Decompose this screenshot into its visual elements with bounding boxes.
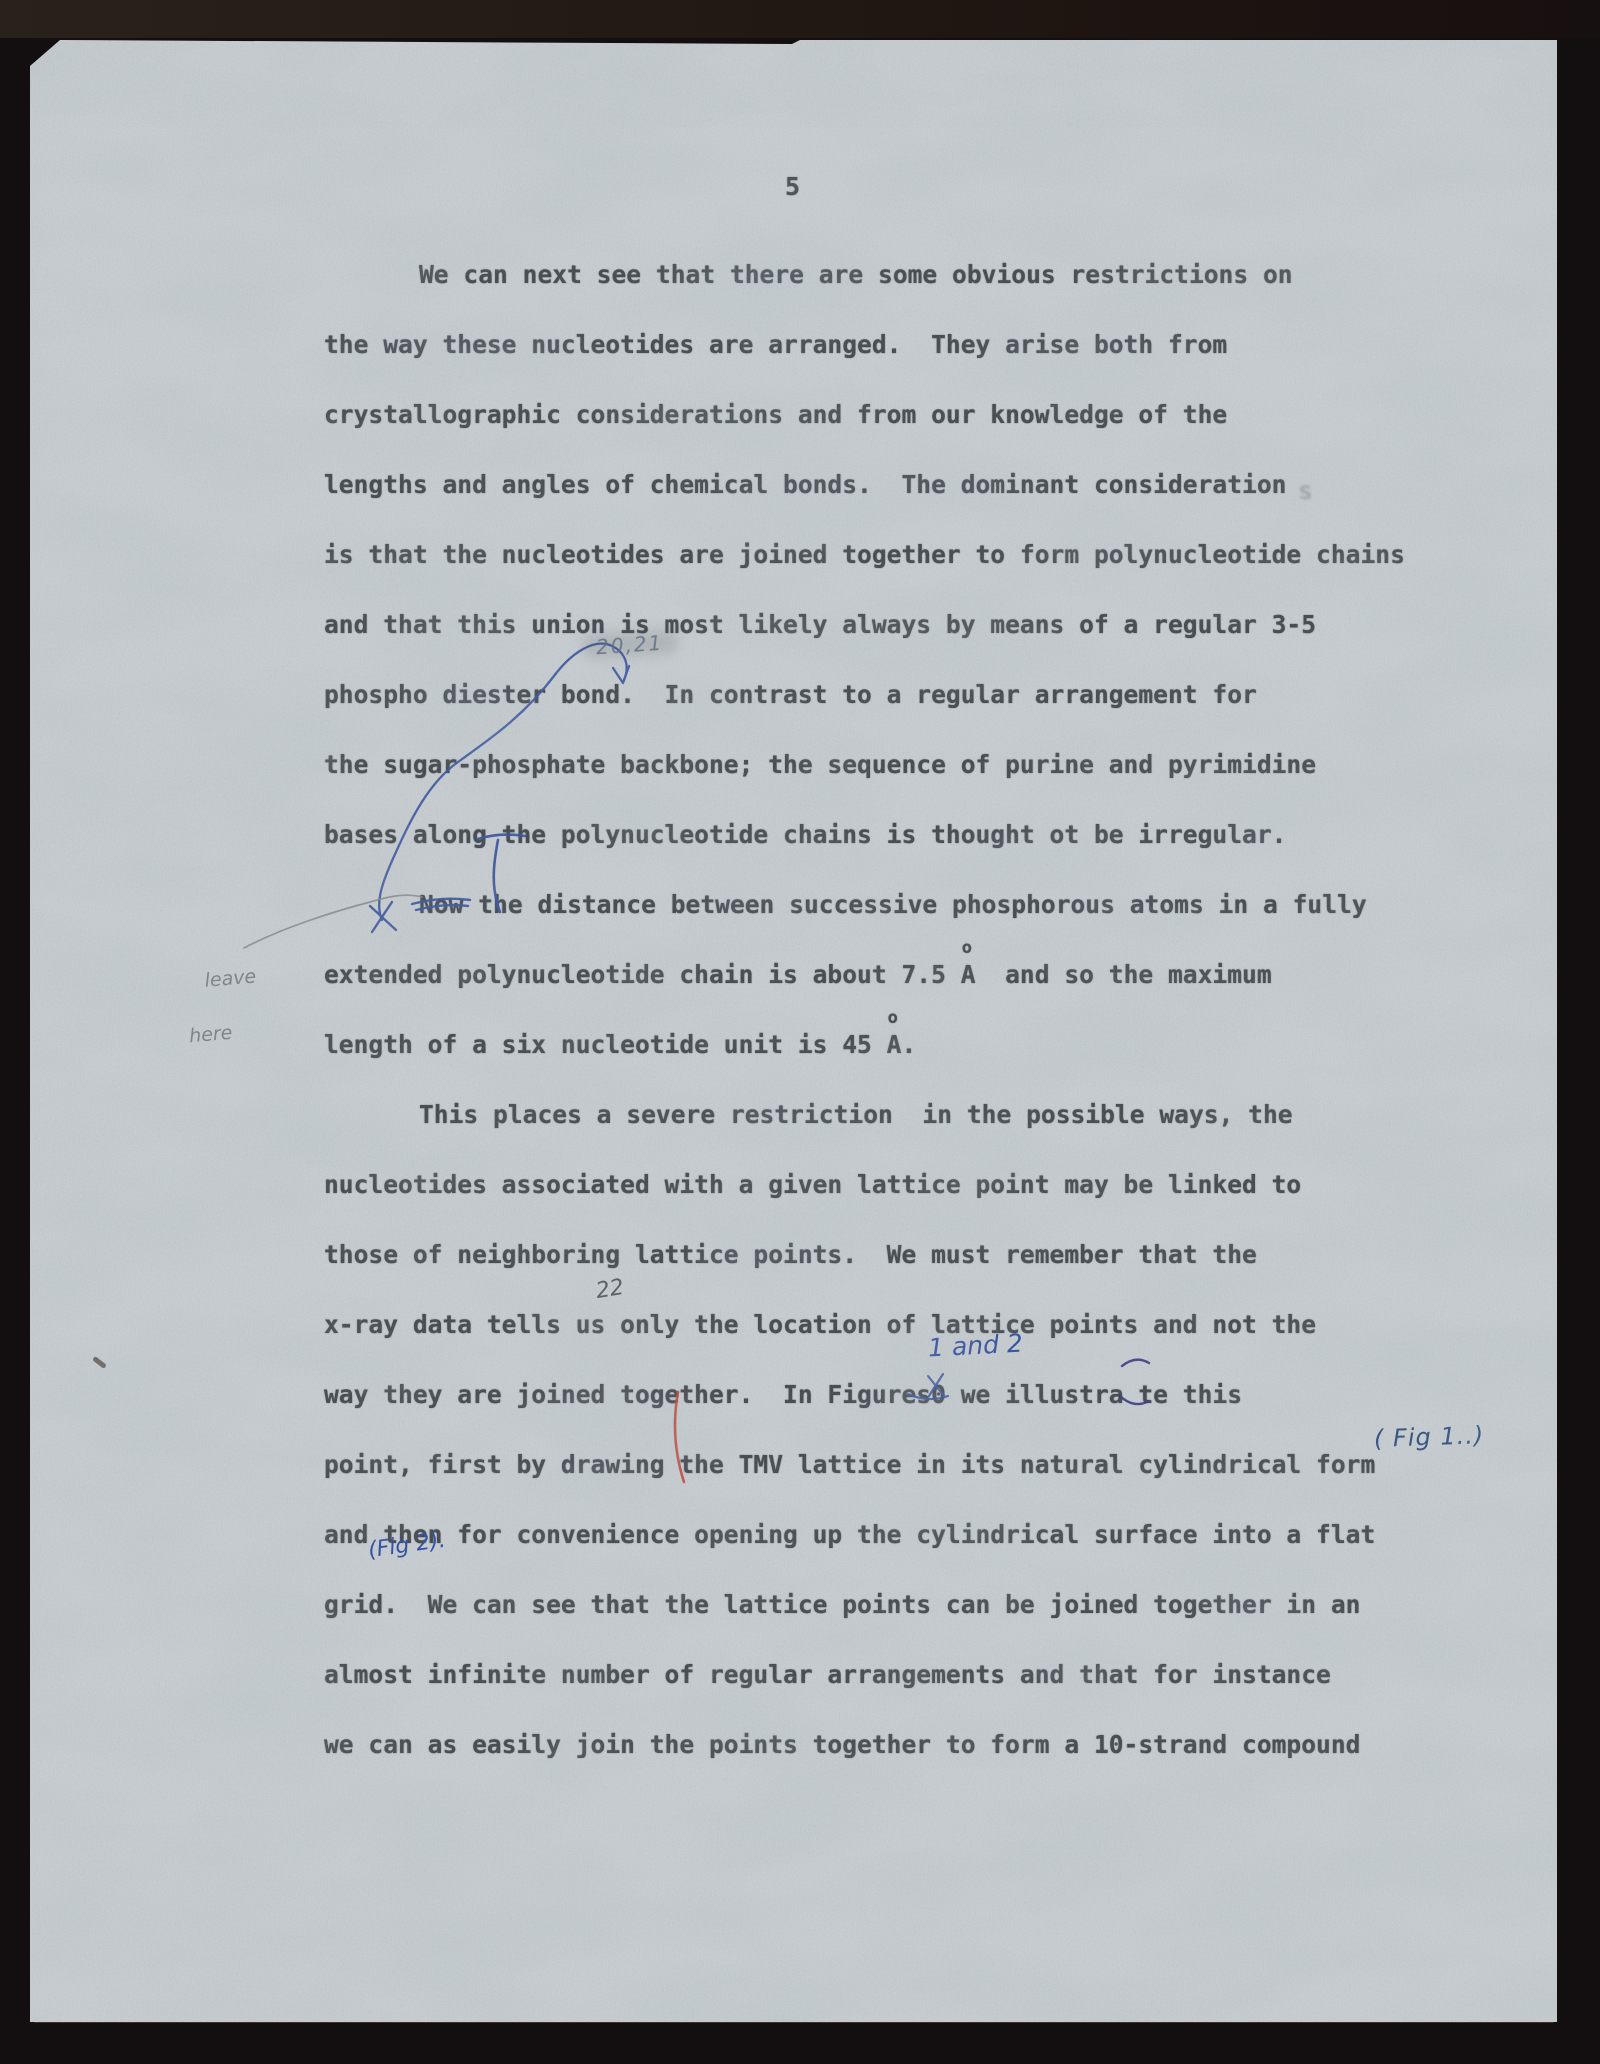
typed-line: grid. We can see that the lattice points… <box>324 1570 1405 1640</box>
typed-line: those of neighboring lattice points. We … <box>324 1220 1405 1290</box>
paper-speck <box>92 1356 107 1369</box>
page-number: 5 <box>785 152 800 222</box>
typed-line: point, first by drawing the TMV lattice … <box>324 1430 1405 1500</box>
figures-1-and-2-annotation: 1 and 2 <box>927 1330 1023 1362</box>
citation-20-21-annotation: 20,21 <box>595 632 664 659</box>
typed-line: the way these nucleotides are arranged. … <box>324 310 1405 380</box>
typed-line: bases along the polynucleotide chains is… <box>324 800 1405 870</box>
typed-line: phospho diester bond. In contrast to a r… <box>324 660 1405 730</box>
typed-line: and that this union is most likely alway… <box>324 590 1405 660</box>
typed-line: almost infinite number of regular arrang… <box>324 1640 1405 1710</box>
typed-line-angstrom: length of a six nucleotide unit is 45 oA… <box>324 1010 1405 1080</box>
typed-line: the sugar-phosphate backbone; the sequen… <box>324 730 1405 800</box>
typed-line: We can next see that there are some obvi… <box>324 240 1405 310</box>
typed-line: Now the distance between successive phos… <box>324 870 1405 940</box>
typed-line: This places a severe restriction in the … <box>324 1080 1405 1150</box>
document-page: 5 We can next see that there are some ob… <box>30 40 1557 2022</box>
typed-line: we can as easily join the points togethe… <box>324 1710 1405 1780</box>
typed-line: x-ray data tells us only the location of… <box>324 1290 1405 1360</box>
typed-line: is that the nucleotides are joined toget… <box>324 520 1405 590</box>
typed-text-block: We can next see that there are some obvi… <box>324 240 1405 1780</box>
leave-here-margin-note: leave here <box>165 936 267 1105</box>
fig-1-margin-annotation: ( Fig 1..) <box>1374 1422 1485 1452</box>
citation-22-annotation: 22 <box>594 1276 625 1304</box>
typed-line: nucleotides associated with a given latt… <box>324 1150 1405 1220</box>
typed-line-angstrom: extended polynucleotide chain is about 7… <box>324 940 1405 1010</box>
faded-ghost-character: s <box>1298 476 1313 505</box>
typed-line: lengths and angles of chemical bonds. Th… <box>324 450 1405 520</box>
typed-line: way they are joined together. In Figures… <box>324 1360 1405 1430</box>
angstrom-symbol: oA <box>887 1030 902 1059</box>
scanned-document: 5 We can next see that there are some ob… <box>0 0 1600 2064</box>
angstrom-symbol: oA <box>961 960 976 989</box>
scanner-background-top <box>0 0 1600 38</box>
typed-line: and then for convenience opening up the … <box>324 1500 1405 1570</box>
typed-line: crystallographic considerations and from… <box>324 380 1405 450</box>
